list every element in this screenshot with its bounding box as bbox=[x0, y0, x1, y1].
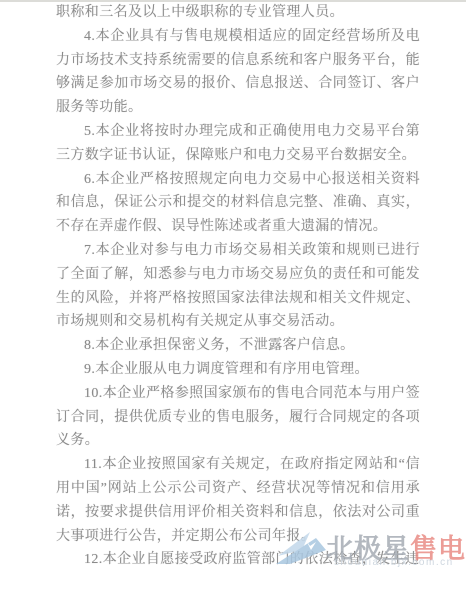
clause-9: 9.本企业服从电力调度管理和有序用电管理。 bbox=[56, 358, 420, 382]
clause-5: 5.本企业将按时办理完成和正确使用电力交易平台第三方数字证书认证，保障账户和电力… bbox=[56, 120, 420, 168]
clause-8: 8.本企业承担保密义务，不泄露客户信息。 bbox=[56, 334, 420, 358]
document-text-block: 职称和三名及以上中级职称的专业管理人员。 4.本企业具有与售电规模相适应的固定经… bbox=[56, 1, 420, 572]
clause-12: 12.本企业自愿接受政府监管部门的依法检查，发生违 bbox=[56, 548, 420, 572]
scanned-document-page: 职称和三名及以上中级职称的专业管理人员。 4.本企业具有与售电规模相适应的固定经… bbox=[0, 0, 466, 596]
clause-10: 10.本企业严格参照国家颁布的售电合同范本与用户签订合同，提供优质专业的售电服务… bbox=[56, 382, 420, 453]
clause-7: 7.本企业对参与电力市场交易相关政策和规则已进行了全面了解，知悉参与电力市场交易… bbox=[56, 239, 420, 334]
clause-6: 6.本企业严格按照规定向电力交易中心报送相关资料和信息，保证公示和提交的材料信息… bbox=[56, 168, 420, 239]
clause-11: 11.本企业按照国家有关规定，在政府指定网站和“信用中国”网站上公示公司资产、经… bbox=[56, 453, 420, 548]
clause-4: 4.本企业具有与售电规模相适应的固定经营场所及电力市场技术支持系统需要的信息系统… bbox=[56, 25, 420, 120]
paragraph-continuation: 职称和三名及以上中级职称的专业管理人员。 bbox=[56, 1, 420, 25]
